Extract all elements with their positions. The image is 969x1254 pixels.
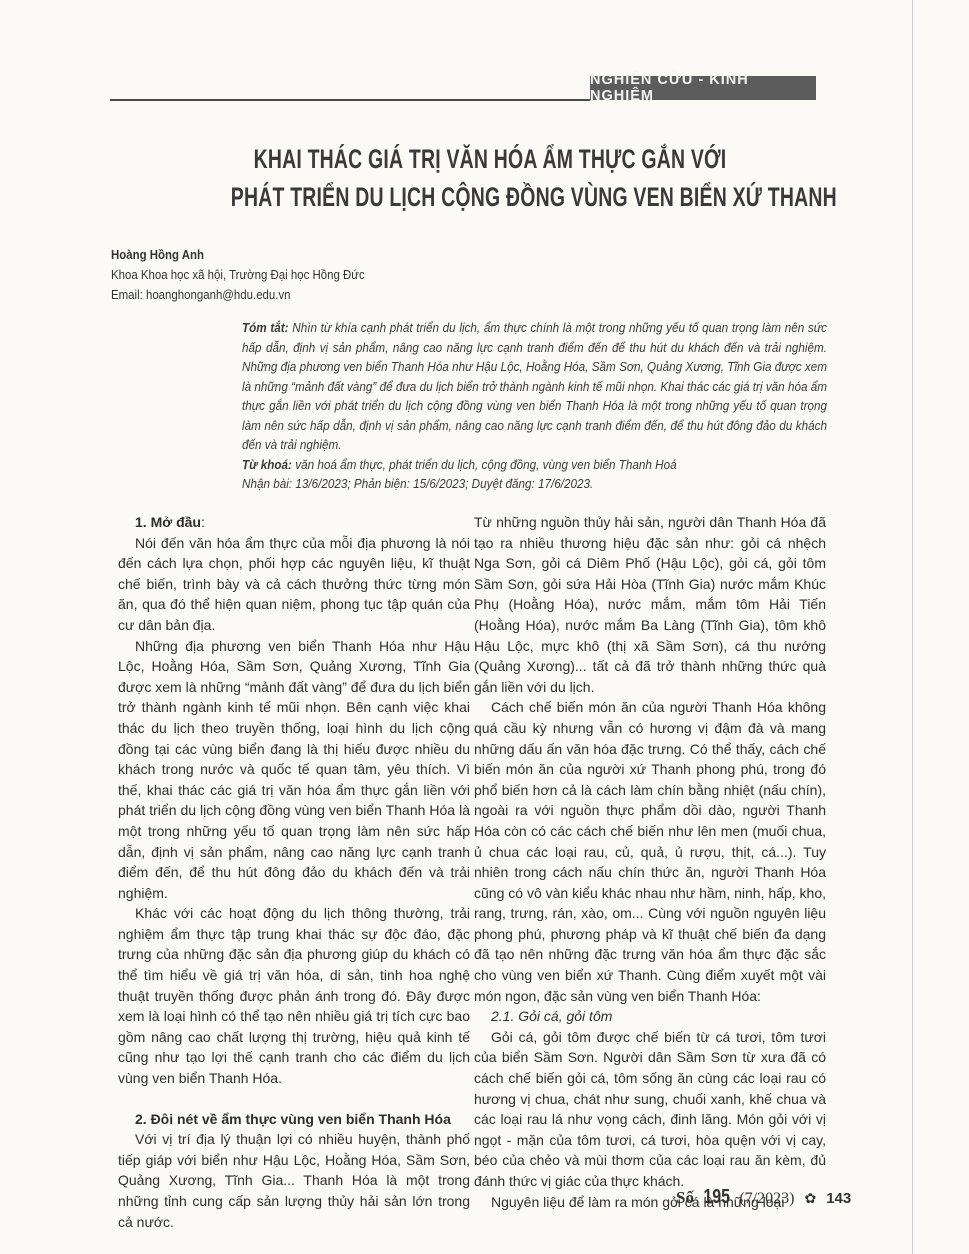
keywords-text: văn hoá ẩm thực, phát triển du lịch, cộn… [292, 457, 677, 472]
section-1-heading: 1. Mở đầu: [118, 512, 470, 533]
section-2-heading: 2. Đôi nét về ẩm thực vùng ven biển Than… [118, 1109, 470, 1130]
issue-label: Số [676, 1188, 694, 1208]
body-column-right: Từ những nguồn thủy hải sản, người dân T… [474, 512, 826, 1212]
paragraph: Khác với các hoạt động du lịch thông thư… [118, 903, 470, 1088]
issue-number: 195 [703, 1186, 730, 1209]
body-column-left: 1. Mở đầu: Nói đến văn hóa ẩm thực của m… [118, 512, 470, 1232]
title-line-2: PHÁT TRIỂN DU LỊCH CỘNG ĐỒNG VÙNG VEN BI… [231, 178, 749, 216]
section-tag: NGHIÊN CỨU - KINH NGHIỆM [590, 76, 816, 100]
abstract: Tóm tắt: Nhìn từ khía cạnh phát triển du… [242, 318, 827, 494]
paragraph: Cách chế biến món ăn của người Thanh Hóa… [474, 697, 826, 1006]
article-dates: Nhận bài: 13/6/2023; Phản biện: 15/6/202… [242, 474, 827, 494]
subsection-2-1-heading: 2.1. Gỏi cá, gỏi tôm [474, 1006, 826, 1027]
page-edge [912, 0, 913, 1254]
paragraph: Với vị trí địa lý thuận lợi có nhiều huy… [118, 1129, 470, 1232]
header-rule [110, 99, 590, 101]
article-title: KHAI THÁC GIÁ TRỊ VĂN HÓA ẨM THỰC GẮN VỚ… [231, 140, 749, 216]
author-affiliation: Khoa Khoa học xã hội, Trường Đại học Hồn… [111, 265, 365, 285]
page-footer: Số 195 (7/2023) ✿ 143 [676, 1186, 851, 1209]
title-line-1: KHAI THÁC GIÁ TRỊ VĂN HÓA ẨM THỰC GẮN VỚ… [231, 140, 749, 178]
author-email: Email: hoanghonganh@hdu.edu.vn [111, 285, 365, 305]
flower-bullet-icon: ✿ [804, 1190, 816, 1207]
paragraph: Nói đến văn hóa ẩm thực của mỗi địa phươ… [118, 533, 470, 636]
page-number: 143 [826, 1190, 851, 1207]
author-name: Hoàng Hồng Anh [111, 245, 365, 265]
paragraph: Những địa phương ven biển Thanh Hóa như … [118, 636, 470, 904]
paragraph: Từ những nguồn thủy hải sản, người dân T… [474, 512, 826, 697]
abstract-paragraph: Tóm tắt: Nhìn từ khía cạnh phát triển du… [242, 318, 827, 455]
paragraph: Gỏi cá, gỏi tôm được chế biến từ cá tươi… [474, 1027, 826, 1192]
keywords-label: Từ khoá: [242, 457, 292, 472]
author-block: Hoàng Hồng Anh Khoa Khoa học xã hội, Trư… [111, 245, 365, 305]
abstract-label: Tóm tắt: [242, 320, 289, 335]
issue-date: (7/2023) [739, 1190, 794, 1208]
keywords: Từ khoá: văn hoá ẩm thực, phát triển du … [242, 455, 827, 475]
abstract-text: Nhìn từ khía cạnh phát triển du lịch, ẩm… [242, 320, 827, 452]
